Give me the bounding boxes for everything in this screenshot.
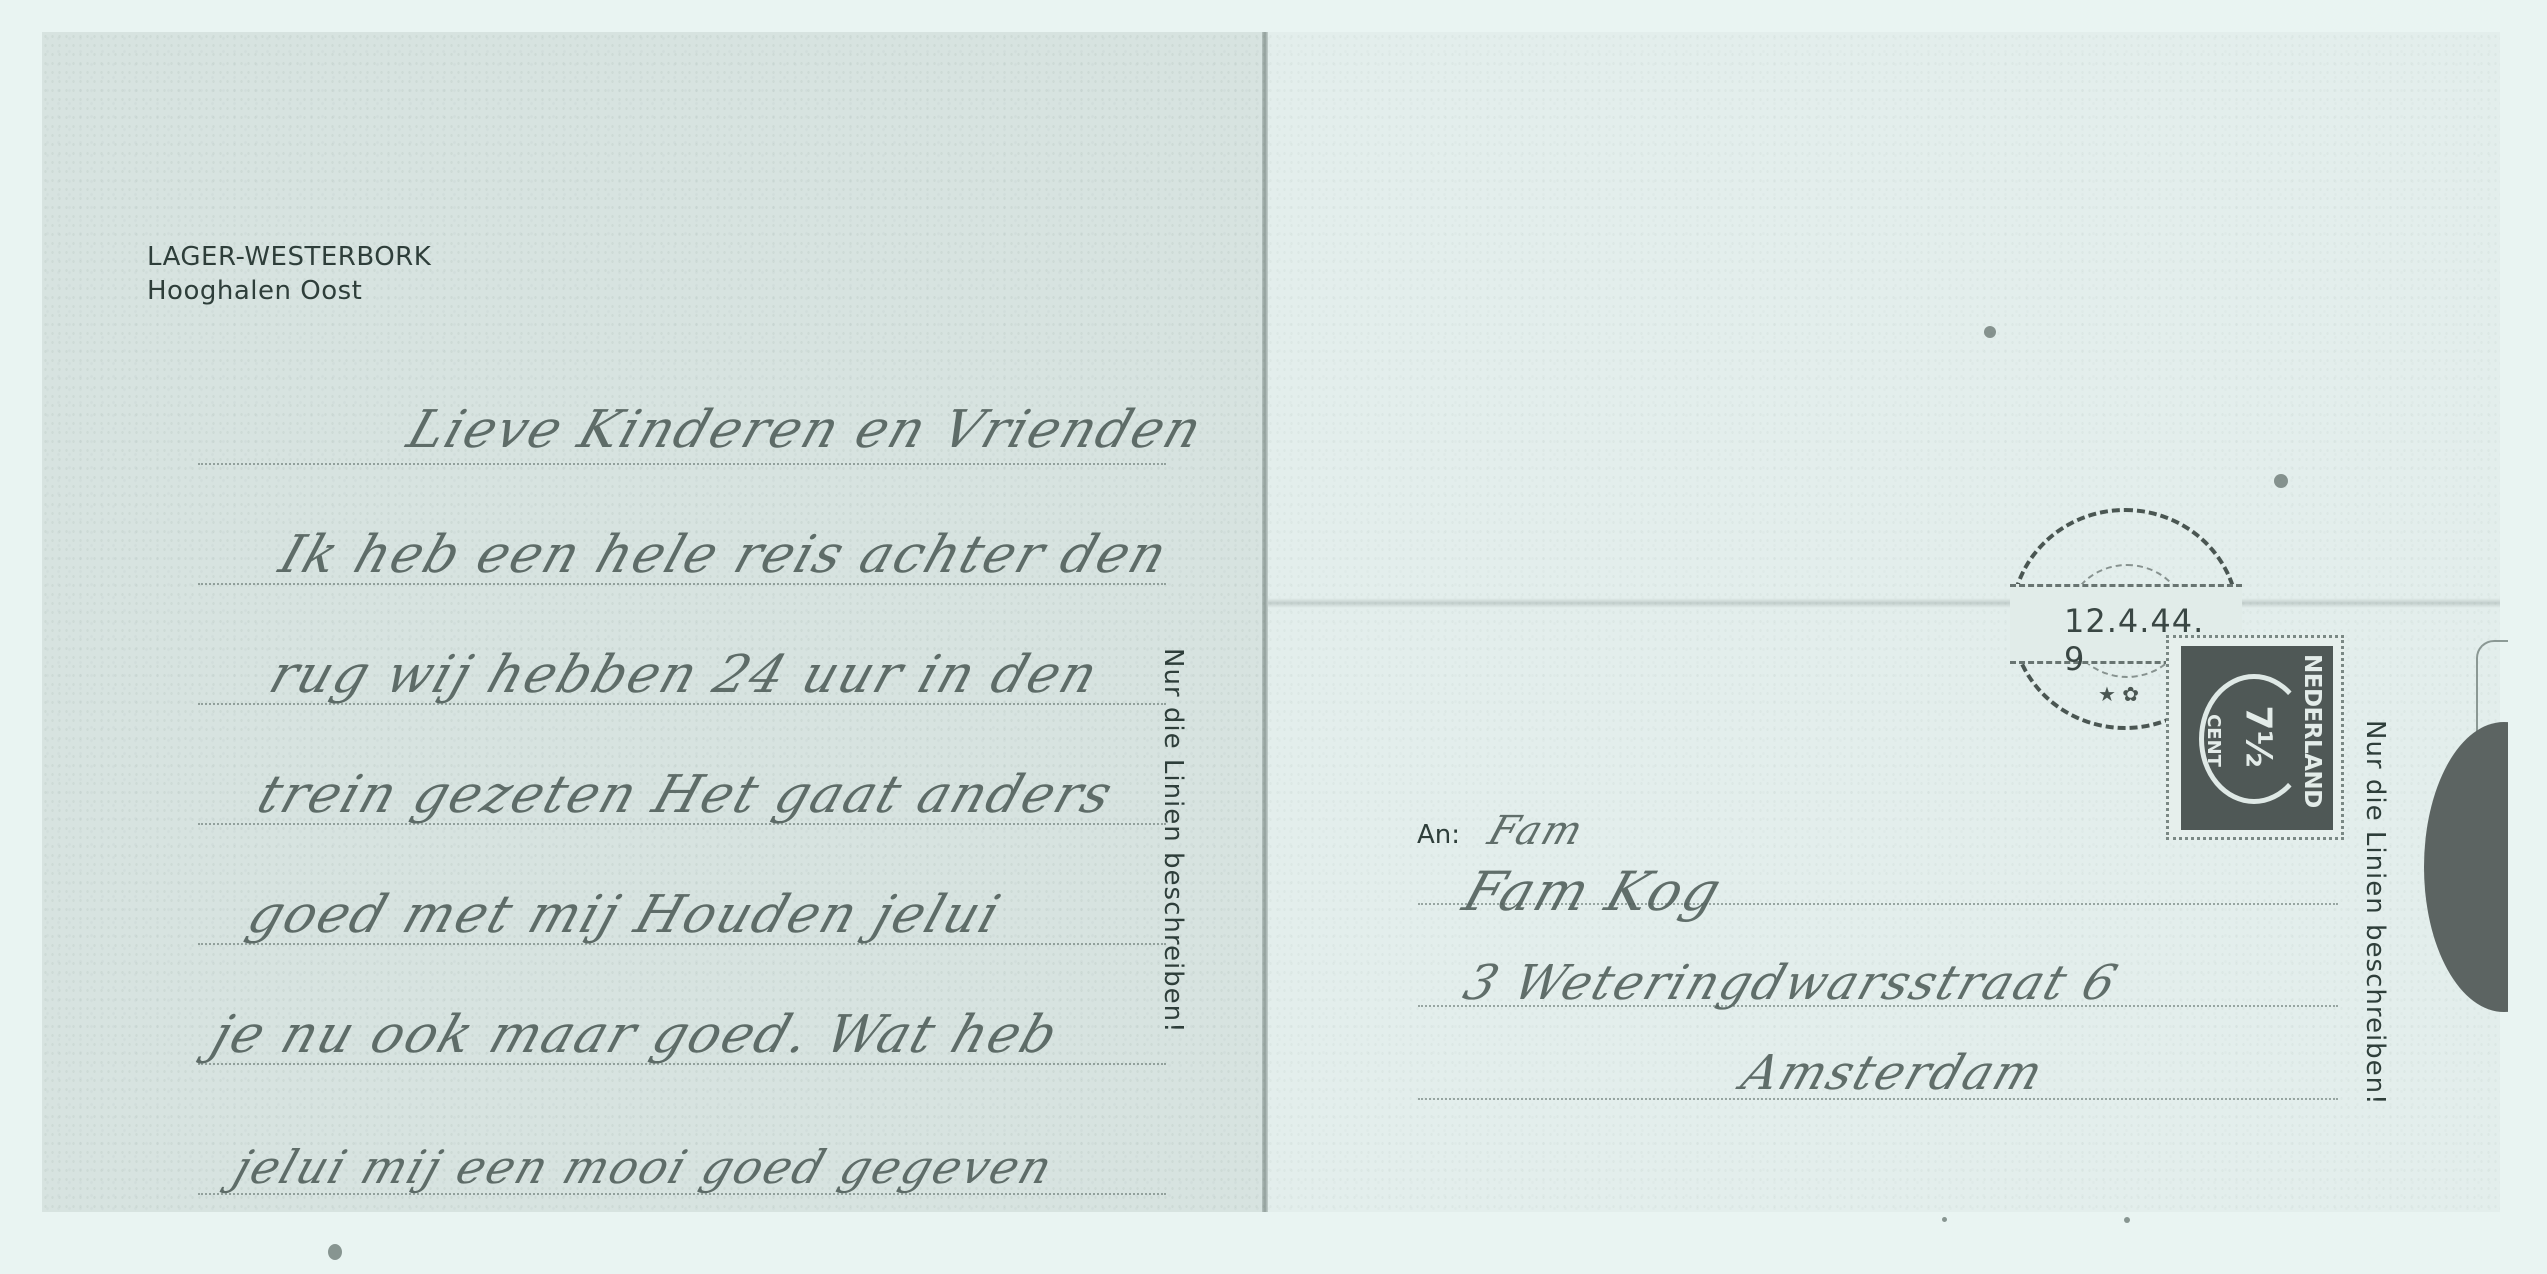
camp-location: Hooghalen Oost [147,274,431,308]
camp-name: LAGER-WESTERBORK [147,240,431,274]
letter-line: Ik heb een hele reis achter den [272,525,1176,585]
letter-line: goed met mij Houden jelui [240,885,1009,945]
letter-line: rug wij hebben 24 uur in den [262,645,1106,705]
address-line-city: Amsterdam [1735,1045,2052,1101]
address-label: An: [1417,820,1460,850]
line-instruction-right: Nur die Linien beschreiben! [2360,720,2390,1106]
right-panel [1266,32,2500,1212]
letter-line: je nu ook maar goed. Wat heb [204,1005,1066,1065]
ink-speck [2274,474,2288,488]
ink-speck [2124,1217,2130,1223]
postage-stamp: 7½ CENT NEDERLAND [2166,635,2344,840]
postmark-star-icon: ★ ✿ [2098,682,2139,706]
horizontal-fold-crease [1268,598,2500,608]
address-line-name: Fam Kog [1456,860,1731,923]
stamp-country: NEDERLAND [2299,654,2325,808]
stamp-unit: CENT [2203,714,2224,767]
ruled-line [198,463,1166,465]
letter-line: Lieve Kinderen en Vrienden [400,400,1210,460]
center-fold-crease [1262,32,1268,1212]
letter-line: trein gezeten Het gaat anders [250,765,1121,825]
sender-header: LAGER-WESTERBORK Hooghalen Oost [147,240,431,308]
letter-line: jelui mij een mooi goed gegeven [227,1140,1061,1194]
ink-speck [1984,326,1996,338]
ink-speck [328,1244,342,1260]
stamp-face: 7½ CENT NEDERLAND [2181,646,2333,830]
stamp-value: 7½ [2238,705,2279,767]
address-line-street: 3 Weteringdwarsstraat 6 [1457,955,2126,1011]
margin [2508,0,2547,1274]
address-annotation: Fam [1483,808,1591,854]
ink-speck [1942,1217,1947,1222]
line-instruction-left: Nur die Linien beschreiben! [1158,648,1188,1034]
